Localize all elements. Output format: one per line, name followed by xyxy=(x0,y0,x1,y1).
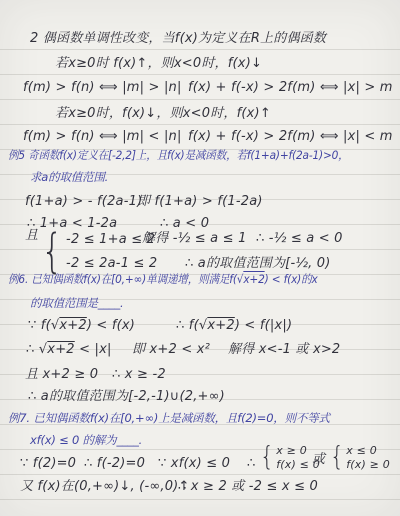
example6-step2a-pre: ∴ √ xyxy=(26,342,47,357)
example5-solve: 解得 -½ ≤ a ≤ 1 xyxy=(142,231,247,247)
example7-problem-line1: 例7. 已知偶函数f(x)在[0,+∞)上是减函数，且f(2)=0，则不等式 xyxy=(8,411,330,425)
example6-step1a-pre: ∵ f(√ xyxy=(28,318,59,333)
example7-step1c: ∵ xf(x) ≤ 0 xyxy=(158,456,230,472)
example6-step1a-post: ) < f(x) xyxy=(87,318,135,333)
example6-step2b: 即 x+2 < x² xyxy=(132,342,210,358)
example6-step1a: ∵ f(√x+2) < f(x) xyxy=(28,318,135,334)
example7-system-a: { x ≥ 0 f(x) ≤ 0 xyxy=(260,444,320,472)
example6-answer: ∴ a的取值范围为[-2,-1)∪(2,+∞) xyxy=(28,389,225,405)
case2-equivalence-fm-fn: f(m) > f(n) ⟺ |m| < |n| xyxy=(23,129,182,145)
example6-step1b-pre: ∴ f(√ xyxy=(176,318,207,333)
example6-problem-post: ) < f(x)的x xyxy=(265,272,318,286)
example7-or: 或 xyxy=(312,452,325,468)
notebook-page: 2 偶函数单调性改变，当f(x)为定义在R上的偶函数 若x≥0时 f(x)↑，则… xyxy=(0,0,400,516)
example7-system-b-row1: x ≤ 0 xyxy=(346,444,390,458)
example7-step2a: 又 f(x)在(0,+∞)↓, (-∞,0)↑ xyxy=(20,479,190,495)
case1-equivalence-fm-fn: f(m) > f(n) ⟺ |m| > |n| xyxy=(23,80,182,96)
sqrt-radicand: x+2 xyxy=(59,318,86,333)
example7-system-b-rows: x ≤ 0 f(x) ≥ 0 xyxy=(346,444,390,472)
case1-equivalence-fx: f(x) + f(-x) > 2f(m) ⟺ |x| > m xyxy=(188,80,393,96)
case1-condition: 若x≥0时 f(x)↑，则x<0时，f(x)↓ xyxy=(55,56,262,72)
case2-equivalence-fx: f(x) + f(-x) > 2f(m) ⟺ |x| < m xyxy=(188,129,393,145)
example6-problem-line1: 例6. 已知偶函数f(x)在[0,+∞)单调递增，则满足f(√x+2) < f(… xyxy=(8,272,318,286)
case2-condition: 若x≥0时，f(x)↓，则x<0时，f(x)↑ xyxy=(55,106,271,122)
sqrt-radicand: x+2 xyxy=(243,272,264,286)
example6-step3b: ∴ x ≥ -2 xyxy=(112,367,166,383)
example5-system-label: 且 xyxy=(25,228,38,244)
example5-step2b: ∴ a < 0 xyxy=(160,216,209,232)
left-brace: { xyxy=(330,442,344,475)
left-brace: { xyxy=(260,442,274,475)
example6-step2a-post: < |x| xyxy=(75,342,112,357)
section-title: 2 偶函数单调性改变，当f(x)为定义在R上的偶函数 xyxy=(30,31,326,47)
example5-combine: ∴ -½ ≤ a < 0 xyxy=(256,231,343,247)
example7-problem-line2: xf(x) ≤ 0 的解为____. xyxy=(30,433,142,447)
example6-step2c: 解得 x<-1 或 x>2 xyxy=(228,342,340,358)
example7-step1a: ∵ f(2)=0 xyxy=(20,456,76,472)
sqrt-radicand: x+2 xyxy=(207,318,234,333)
example5-step1a: f(1+a) > - f(2a-1) xyxy=(25,194,142,210)
example6-problem-pre: 例6. 已知偶函数f(x)在[0,+∞)单调递增，则满足f(√ xyxy=(8,272,243,286)
example7-system-b-row2: f(x) ≥ 0 xyxy=(346,458,390,472)
example6-step1b: ∴ f(√x+2) < f(|x|) xyxy=(176,318,292,334)
example6-step1b-post: ) < f(|x|) xyxy=(235,318,292,333)
example7-answer: ∴ x ≥ 2 或 -2 ≤ x ≤ 0 xyxy=(178,479,318,495)
example7-step1b: ∴ f(-2)=0 xyxy=(84,456,145,472)
example5-problem-line1: 例5 奇函数f(x)定义在[-2,2]上，且f(x)是减函数，若f(1+a)+f… xyxy=(8,148,349,162)
example7-system-b: { x ≤ 0 f(x) ≥ 0 xyxy=(330,444,390,472)
example5-step1b: 即 f(1+a) > f(1-2a) xyxy=(137,194,263,210)
example6-problem-line2: 的取值范围是____. xyxy=(30,296,123,310)
example7-therefore: ∴ xyxy=(247,456,255,472)
sqrt-radicand: x+2 xyxy=(47,342,74,357)
example6-step3a: 且 x+2 ≥ 0 xyxy=(25,367,98,383)
example5-problem-line2: 求a的取值范围. xyxy=(30,170,108,184)
example6-step2a: ∴ √x+2 < |x| xyxy=(26,342,112,358)
example5-system: 且 { -2 ≤ 1+a ≤ 2 -2 ≤ 2a-1 ≤ 2 xyxy=(25,228,157,276)
example5-answer: ∴ a的取值范围为[-½, 0) xyxy=(185,256,331,272)
